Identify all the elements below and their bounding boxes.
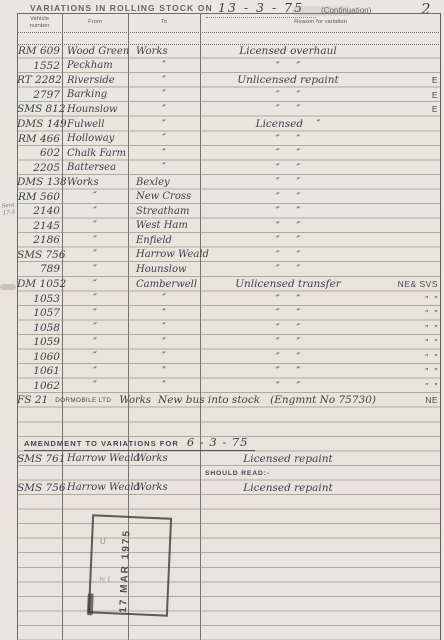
table-row: SMS 812Hounslow″″ ″E — [17, 102, 441, 117]
date-stamp: 17 MAR 1975 U w t — [88, 514, 172, 616]
table-row: RT 2282Riverside″Unlicensed repaintE — [17, 73, 441, 88]
cell-reason: Licensed repaint — [200, 453, 441, 465]
margin-code: ″ ″ — [376, 308, 441, 318]
cell-vehicle: RT 2282 — [17, 74, 62, 86]
cell-reason: ″ ″″ ″ — [200, 336, 441, 348]
amendment-row-2: SMS 756Harrow WealdWorksLicensed repaint — [17, 481, 441, 496]
cell-reason: Licensed ″ — [200, 118, 441, 130]
cell-vehicle: RM 560 — [17, 191, 62, 203]
cell-vehicle: DM 1052 — [17, 278, 62, 290]
cell-from: Battersea — [62, 162, 128, 173]
cell-reason: ″ ″ — [200, 191, 441, 203]
margin-code: ″ ″ — [376, 337, 441, 347]
reason-text: Unlicensed repaint — [200, 74, 376, 86]
cell-reason: ″ ″″ ″ — [200, 365, 441, 377]
cell-vehicle: 602 — [17, 147, 62, 159]
cell-from: ″ — [62, 366, 128, 377]
cell-from: ″ — [62, 351, 128, 362]
table-row: 2797Barking″″ ″E — [17, 88, 441, 103]
should-read-label: SHOULD READ:- — [205, 470, 270, 477]
cell-from: Barking — [62, 89, 128, 100]
cell-to: Hounslow — [128, 264, 200, 275]
cell-vehicle: RM 466 — [17, 133, 62, 145]
cell-reason: ″ ″ — [200, 176, 441, 188]
margin-code: E — [376, 90, 441, 100]
cell-to: West Ham — [128, 220, 200, 231]
reason-text: ″ ″ — [200, 220, 376, 232]
cell-to: ″ — [128, 75, 200, 86]
table-row: RM 466Holloway″″ ″ — [17, 131, 441, 146]
reason-text: Licensed repaint — [200, 453, 376, 465]
cell-vehicle: SMS 812 — [17, 103, 62, 115]
cell-from: DORMOBILE LTD — [50, 397, 111, 404]
cell-reason: ″ ″ — [200, 162, 441, 174]
margin-code: ″ ″ — [376, 352, 441, 362]
table-row: 1060″″″ ″″ ″ — [17, 349, 441, 364]
column-header-to: To — [128, 14, 200, 32]
reason-text: ″ ″ — [200, 176, 376, 188]
reason-text: ″ ″ — [200, 365, 376, 377]
cell-reason: Unlicensed repaintE — [200, 74, 441, 86]
table-row: 1057″″″ ″″ ″ — [17, 306, 441, 321]
cell-to: Enfield — [128, 235, 200, 246]
cell-reason: ″ ″″ ″ — [200, 307, 441, 319]
reason-text: ″ ″ — [200, 336, 376, 348]
reason-text: Licensed repaint — [200, 482, 376, 494]
cell-to: Works — [128, 453, 200, 464]
reason-text: ″ ″ — [200, 293, 376, 305]
amendment-title: AMENDMENT TO VARIATIONS FOR — [24, 439, 179, 448]
margin-code: NE& SVS — [376, 279, 441, 289]
table-row: 2145″West Ham″ ″ — [17, 219, 441, 234]
cell-to: Camberwell — [128, 279, 200, 290]
cell-vehicle: 1061 — [17, 365, 62, 377]
cell-vehicle: DMS 149 — [17, 118, 62, 130]
table-row: 2205Battersea″″ ″ — [17, 160, 441, 175]
table-row: 602Chalk Farm″″ ″ — [17, 146, 441, 161]
reason-text: ″ ″ — [200, 322, 376, 334]
cell-to: ″ — [128, 162, 200, 173]
table-row: DMS 149Fulwell″Licensed ″ — [17, 117, 441, 132]
cell-from: ″ — [62, 220, 128, 231]
reason-text: ″ ″ — [200, 351, 376, 363]
cell-from: Holloway — [62, 133, 128, 144]
cell-to: ″ — [128, 119, 200, 130]
scan-smudge — [292, 6, 352, 16]
reason-text: ″ ″ — [200, 89, 376, 101]
page-title: VARIATIONS IN ROLLING STOCK ON — [30, 3, 213, 13]
cell-from: ″ — [62, 337, 128, 348]
cell-vehicle: 2140 — [17, 205, 62, 217]
margin-note: Sent 17-3 — [0, 202, 18, 217]
cell-vehicle: SMS 756 — [17, 482, 62, 494]
cell-vehicle: SMS 761 — [17, 453, 62, 465]
cell-reason: ″ ″ — [200, 249, 441, 261]
cell-vehicle: 789 — [17, 263, 62, 275]
cell-vehicle: 1059 — [17, 336, 62, 348]
table-row: RM 560″New Cross″ ″ — [17, 189, 441, 204]
cell-to: ″ — [128, 366, 200, 377]
reason-text: ″ ″ — [200, 263, 376, 275]
cell-reason: ″ ″ — [200, 147, 441, 159]
cell-reason: ″ ″″ ″ — [200, 322, 441, 334]
reason-text: ″ ″ — [200, 103, 376, 115]
cell-to: ″ — [128, 380, 200, 391]
cell-to: Harrow Weald — [128, 249, 200, 260]
cell-reason: Licensed repaint — [200, 482, 441, 494]
reason-text: ″ ″ — [200, 380, 376, 392]
table-row: DM 1052″CamberwellUnlicensed transferNE&… — [17, 277, 441, 292]
cell-reason: Licensed overhaul — [200, 45, 441, 57]
cell-to: ″ — [128, 104, 200, 115]
table-row: FS 21DORMOBILE LTDWorksNew bus into stoc… — [17, 393, 441, 408]
margin-code: ″ ″ — [376, 323, 441, 333]
cell-vehicle: 2205 — [17, 162, 62, 174]
table-row: 789″Hounslow″ ″ — [17, 262, 441, 277]
cell-to: ″ — [128, 293, 200, 304]
cell-from: Harrow Weald — [62, 482, 128, 493]
cell-vehicle: 1058 — [17, 322, 62, 334]
cell-from: Riverside — [62, 75, 128, 86]
table-row: 1058″″″ ″″ ″ — [17, 320, 441, 335]
cell-to: Works — [128, 482, 200, 493]
scanned-form-page: VARIATIONS IN ROLLING STOCK ON 13 - 3 - … — [0, 0, 444, 640]
cell-vehicle: 2145 — [17, 220, 62, 232]
reason-text: ″ ″ — [200, 307, 376, 319]
cell-from: Fulwell — [62, 119, 128, 130]
table-row: 1053″″″ ″″ ″ — [17, 291, 441, 306]
cell-vehicle: SMS 756 — [17, 249, 62, 261]
cell-vehicle: 1053 — [17, 293, 62, 305]
stamp-mark: U — [100, 537, 106, 546]
cell-reason: ″ ″E — [200, 103, 441, 115]
column-header-reason: Reason for variation — [200, 14, 441, 32]
cell-from: Peckham — [62, 60, 128, 71]
table-row: 2186″Enfield″ ″ — [17, 233, 441, 248]
cell-to: ″ — [128, 133, 200, 144]
table-row: RM 609Wood GreenWorksLicensed overhaul — [17, 44, 441, 59]
cell-from: Chalk Farm — [62, 148, 128, 159]
cell-reason: ″ ″ — [200, 205, 441, 217]
reason-text: ″ ″ — [200, 162, 376, 174]
cell-vehicle: 1552 — [17, 60, 62, 72]
table-row: 1552Peckham″″ ″ — [17, 59, 441, 74]
stamp-date-text: 17 MAR 1975 — [118, 518, 133, 613]
cell-from: ″ — [62, 235, 128, 246]
table-row: SMS 761Harrow WealdWorksLicensed repaint — [17, 451, 441, 466]
cell-from: ″ — [62, 293, 128, 304]
reason-text: Unlicensed transfer — [200, 278, 376, 290]
table-header-row: Vehicle number From To Reason for variat… — [17, 14, 441, 32]
table-frame: Vehicle number From To Reason for variat… — [17, 13, 441, 640]
cell-reason: ″ ″ — [200, 60, 441, 72]
cell-to: ″ — [128, 337, 200, 348]
cell-to: Works — [111, 395, 158, 406]
margin-code: ″ ″ — [376, 366, 441, 376]
cell-vehicle: FS 21 — [17, 394, 50, 406]
cell-from: Hounslow — [62, 104, 128, 115]
reason-text: ″ ″ — [200, 205, 376, 217]
cell-reason: ″ ″ — [200, 133, 441, 145]
cell-to: ″ — [128, 89, 200, 100]
reason-text: ″ ″ — [200, 191, 376, 203]
header-separator — [17, 32, 441, 33]
table-row: DMS 138WorksBexley″ ″ — [17, 175, 441, 190]
reason-text: Licensed overhaul — [200, 45, 376, 57]
margin-code: ″ ″ — [376, 381, 441, 391]
amendment-section: AMENDMENT TO VARIATIONS FOR 6 - 3 - 75 S… — [17, 437, 441, 495]
column-header-from: From — [62, 14, 128, 32]
cell-reason: ″ ″ — [200, 234, 441, 246]
cell-to: ″ — [128, 308, 200, 319]
margin-code: E — [376, 75, 441, 85]
margin-note-line2: 17-3 — [0, 209, 18, 217]
reason-text: Licensed ″ — [200, 118, 376, 130]
cell-from: Wood Green — [62, 46, 128, 57]
amendment-date: 6 - 3 - 75 — [187, 435, 249, 449]
main-rows: RM 609Wood GreenWorksLicensed overhaul15… — [17, 44, 441, 408]
cell-from: Works — [62, 177, 128, 188]
cell-vehicle: 1060 — [17, 351, 62, 363]
cell-reason: ″ ″″ ″ — [200, 293, 441, 305]
reason-text: New bus into stock (Engmnt No 75730) — [158, 394, 376, 406]
cell-from: ″ — [62, 322, 128, 333]
cell-vehicle: RM 609 — [17, 45, 62, 57]
table-row: 1059″″″ ″″ ″ — [17, 335, 441, 350]
cell-to: Bexley — [128, 177, 200, 188]
reason-text: ″ ″ — [200, 133, 376, 145]
stamp-ink-blob — [87, 593, 94, 615]
cell-from: ″ — [62, 206, 128, 217]
reason-text: ″ ″ — [200, 234, 376, 246]
table-row: 1061″″″ ″″ ″ — [17, 364, 441, 379]
cell-vehicle: 1057 — [17, 307, 62, 319]
cell-reason: ″ ″″ ″ — [200, 351, 441, 363]
cell-vehicle: 2797 — [17, 89, 62, 101]
cell-to: ″ — [128, 322, 200, 333]
reason-text: ″ ″ — [200, 60, 376, 72]
amendment-heading: AMENDMENT TO VARIATIONS FOR 6 - 3 - 75 — [17, 437, 441, 452]
cell-from: ″ — [62, 264, 128, 275]
margin-code: NE — [376, 395, 441, 405]
table-row: SMS 756″Harrow Weald″ ″ — [17, 248, 441, 263]
cell-to: ″ — [128, 60, 200, 71]
amendment-underline: AMENDMENT TO VARIATIONS FOR 6 - 3 - 75 — [24, 435, 255, 451]
cell-reason: Unlicensed transferNE& SVS — [200, 278, 441, 290]
table-row: SMS 756Harrow WealdWorksLicensed repaint — [17, 481, 441, 496]
stamp-scribble: w t — [99, 575, 110, 583]
cell-to: ″ — [128, 351, 200, 362]
cell-reason: New bus into stock (Engmnt No 75730)NE — [158, 394, 441, 406]
margin-code: E — [376, 104, 441, 114]
cell-to: New Cross — [128, 191, 200, 202]
margin-code: ″ ″ — [376, 294, 441, 304]
cell-to: ″ — [128, 148, 200, 159]
cell-to: Works — [128, 46, 200, 57]
should-read-row: SHOULD READ:- — [17, 466, 441, 481]
cell-vehicle: DMS 138 — [17, 176, 62, 188]
cell-reason: ″ ″ — [200, 263, 441, 275]
amendment-row-1: SMS 761Harrow WealdWorksLicensed repaint — [17, 451, 441, 466]
scan-smudge — [0, 284, 16, 290]
table-row: 1062″″″ ″″ ″ — [17, 379, 441, 394]
cell-from: ″ — [62, 380, 128, 391]
cell-from: ″ — [62, 191, 128, 202]
reason-text: ″ ″ — [200, 249, 376, 261]
cell-from: Harrow Weald — [62, 453, 128, 464]
cell-vehicle: 2186 — [17, 234, 62, 246]
cell-from: ″ — [62, 308, 128, 319]
column-header-vehicle: Vehicle number — [17, 14, 62, 32]
cell-from: ″ — [62, 279, 128, 290]
cell-to: Streatham — [128, 206, 200, 217]
cell-reason: ″ ″ — [200, 220, 441, 232]
table-row: 2140″Streatham″ ″ — [17, 204, 441, 219]
cell-vehicle: 1062 — [17, 380, 62, 392]
cell-reason: ″ ″E — [200, 89, 441, 101]
cell-reason: ″ ″″ ″ — [200, 380, 441, 392]
cell-from: ″ — [62, 249, 128, 260]
reason-text: ″ ″ — [200, 147, 376, 159]
